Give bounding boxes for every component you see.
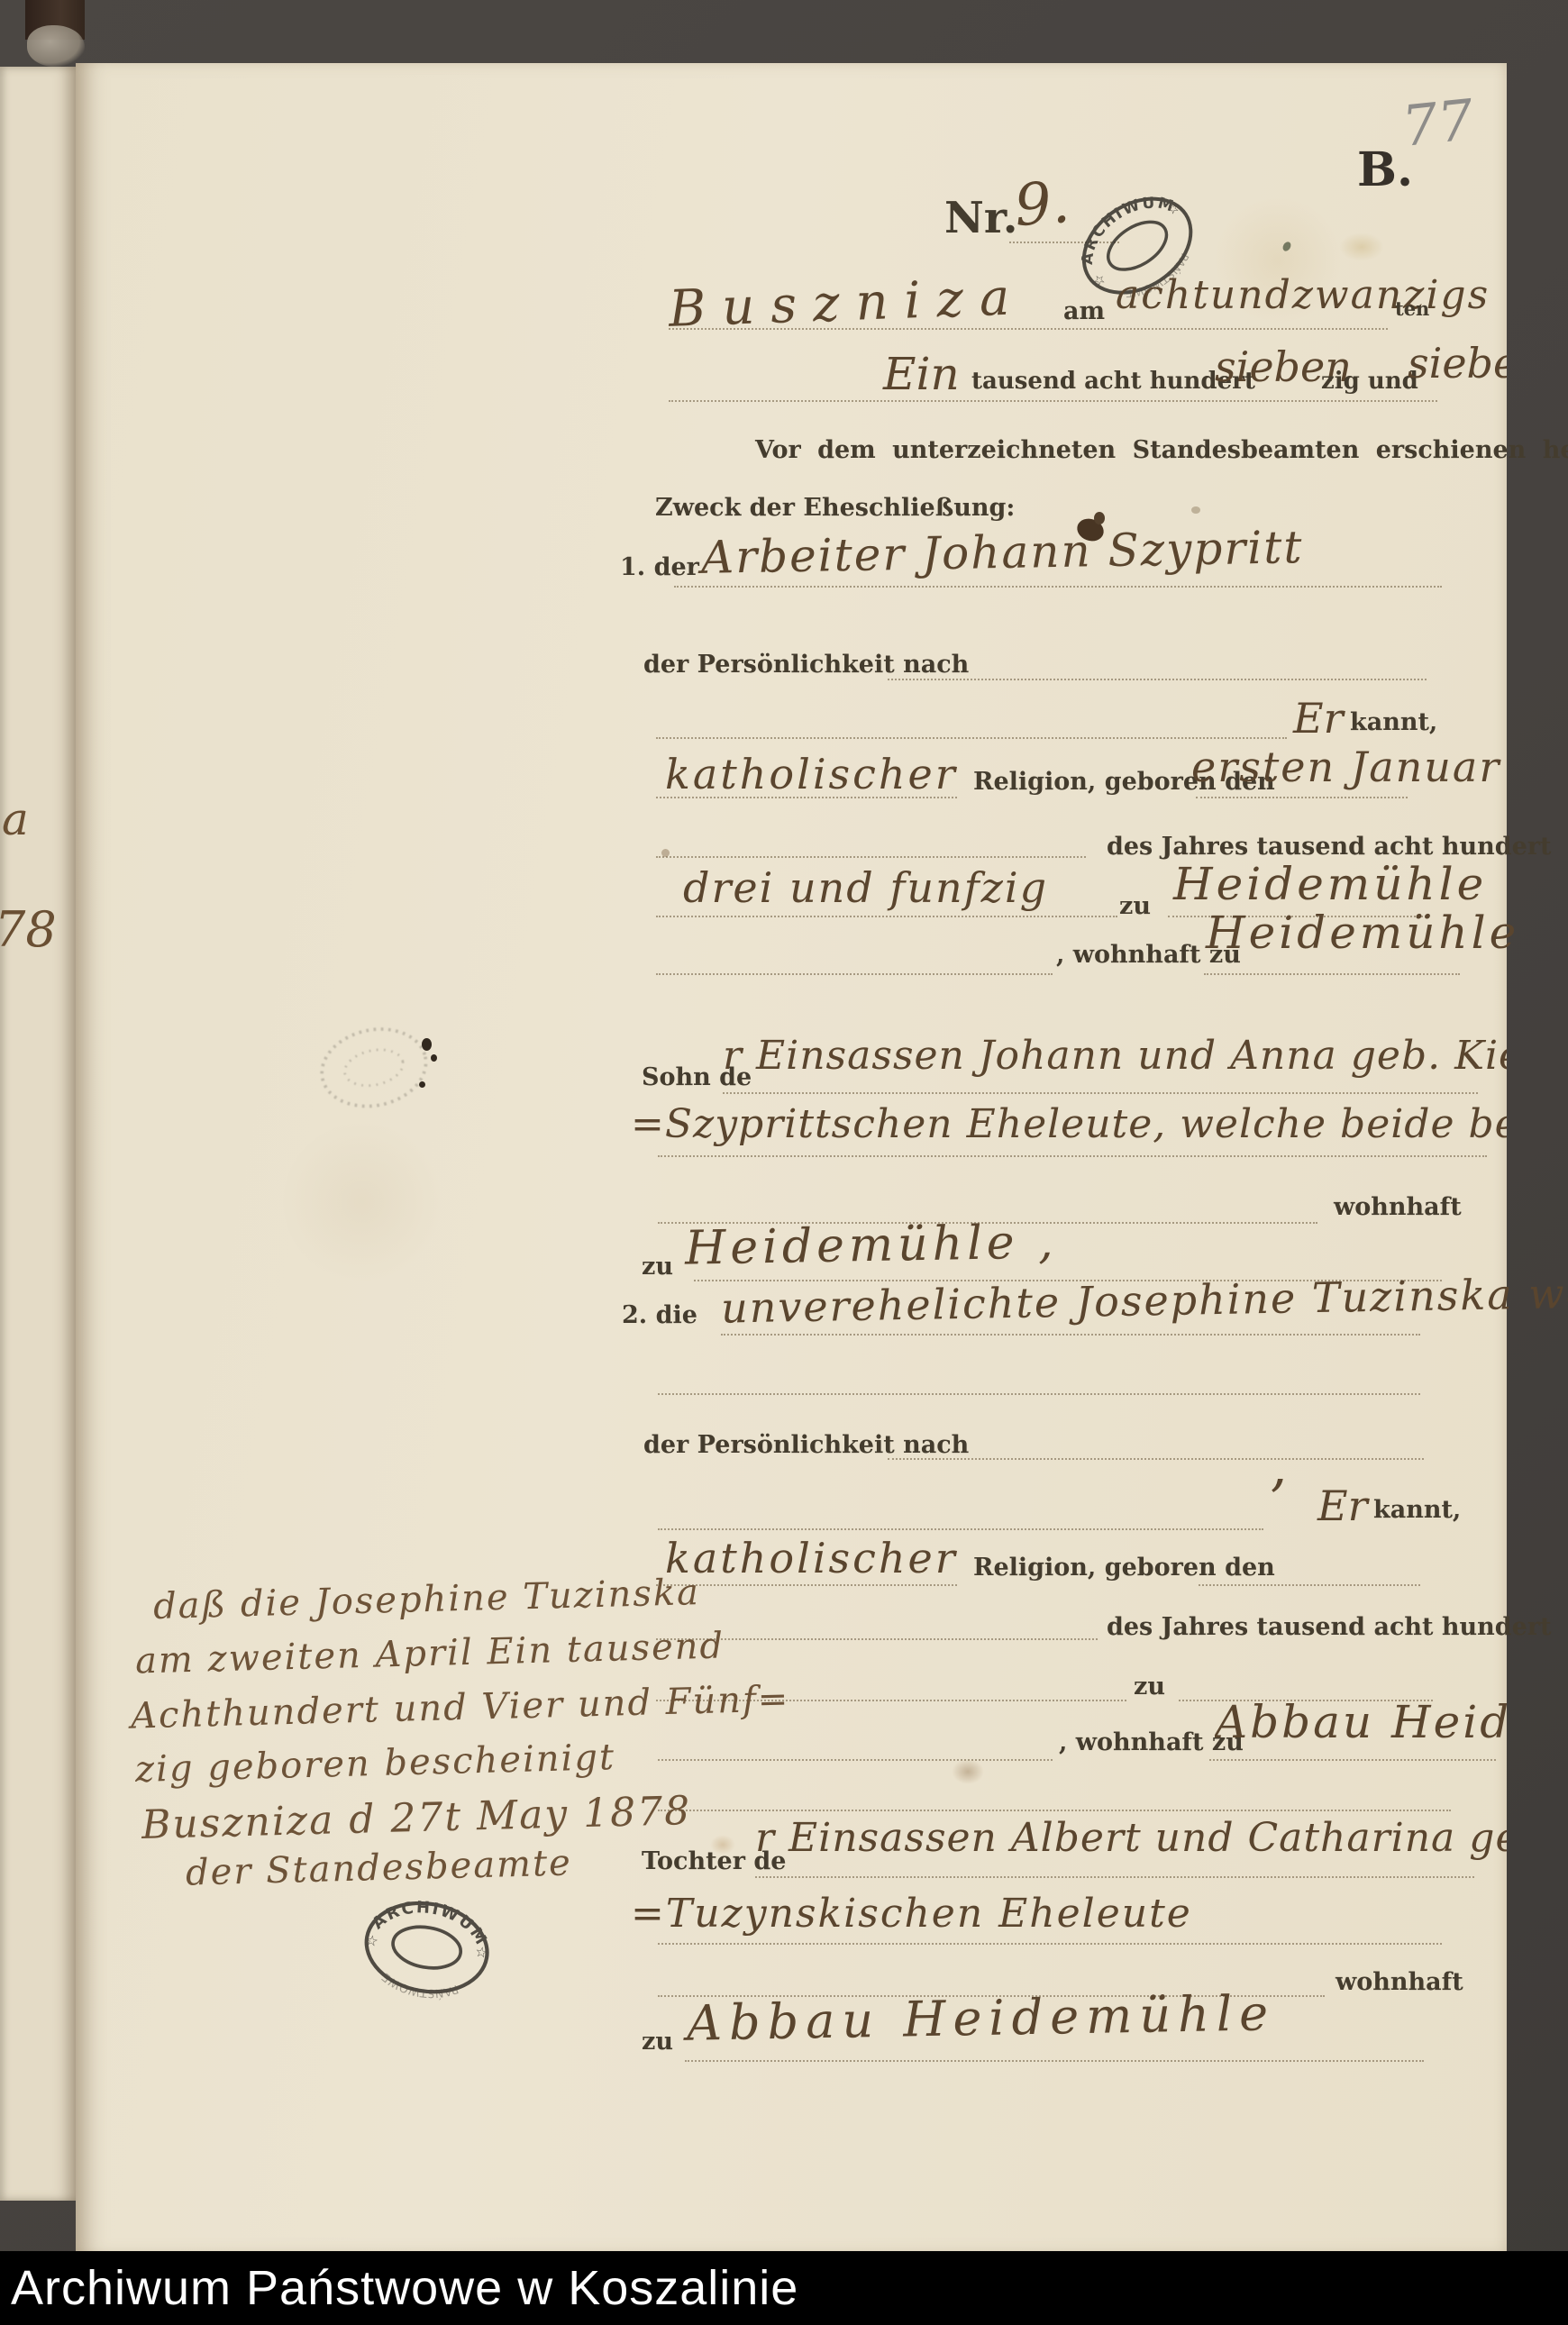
- printed-kannt: kannt,: [1373, 1496, 1461, 1524]
- handwritten-birthplace: Heidemühle: [1173, 858, 1487, 910]
- handwritten-ein: Ein: [883, 348, 960, 400]
- dotted-rule: [888, 1458, 1424, 1460]
- des-jahres-label: des Jahres tausend acht hundert: [1107, 833, 1552, 861]
- dotted-rule: [669, 328, 1388, 330]
- handwritten-year-ones-clip: sieben: [1408, 339, 1507, 402]
- printed-zig-und: zig und: [1321, 368, 1418, 395]
- stain: [710, 1835, 735, 1855]
- handwritten-bride-residence: Abbau Heidemüh: [1215, 1696, 1507, 1748]
- stamp-star-icon: ☆: [364, 1931, 379, 1950]
- handwritten-birthdate: ersten Januar: [1191, 743, 1500, 791]
- record-number-label: Nr.: [944, 193, 1017, 243]
- dotted-rule: [658, 1393, 1420, 1395]
- dotted-rule: [755, 1876, 1474, 1878]
- handwritten-groom-parents2: =Szyprittschen Eheleute, welche beide be…: [631, 1101, 1507, 1147]
- persoenlichkeit-label: der Persönlichkeit nach: [643, 651, 969, 679]
- handwritten-er: Er: [1317, 1482, 1368, 1530]
- dotted-rule: [658, 1155, 1487, 1157]
- stain: [1191, 506, 1200, 514]
- edge-fragment: a: [2, 793, 29, 845]
- handwritten-groom-parents1-clip: r Einsassen Johann und Anna geb. Kiedrow…: [723, 1033, 1507, 1099]
- handwritten-er: Er: [1293, 694, 1344, 743]
- edge-fragment: 78: [0, 901, 57, 958]
- zu-label: zu: [642, 2028, 673, 2056]
- handwritten-groom-parents2-clip: =Szyprittschen Eheleute, welche beide be…: [631, 1101, 1507, 1168]
- dotted-rule: [658, 1528, 1263, 1530]
- printed-label-am: am: [1063, 297, 1105, 325]
- dotted-rule: [656, 856, 1086, 858]
- dotted-rule: [669, 400, 1437, 402]
- dotted-rule: [656, 973, 1053, 975]
- dotted-rule: [658, 1810, 1451, 1811]
- zu-label: zu: [1134, 1673, 1165, 1700]
- dotted-rule: [656, 737, 1287, 739]
- previous-page-edge: [0, 67, 76, 2201]
- dotted-rule: [656, 797, 957, 798]
- handwritten-religion: katholischer: [665, 1534, 958, 1582]
- ink-speck: [431, 1054, 437, 1062]
- bride-number-label: 2. die: [622, 1301, 697, 1329]
- handwritten-year-ones: sieben: [1408, 339, 1507, 387]
- religion-geboren-label: Religion, geboren den: [973, 1554, 1275, 1582]
- zu-label: zu: [642, 1253, 673, 1281]
- dotted-rule: [1196, 797, 1408, 798]
- printed-kannt: kannt,: [1350, 708, 1437, 736]
- handwritten-groom-parents1: r Einsassen Johann und Anna geb. Kiedrow…: [723, 1033, 1507, 1079]
- footer-caption: Archiwum Państwowe w Koszalinie: [11, 2251, 798, 2325]
- printed-tausend: tausend acht hundert: [971, 368, 1255, 395]
- handwritten-residence: Heidemühle: [1206, 907, 1519, 959]
- des-jahres-label: des Jahres tausend acht hundert: [1107, 1613, 1552, 1641]
- spine-stitching: [27, 25, 85, 67]
- persoenlichkeit-label: der Persönlichkeit nach: [643, 1431, 969, 1459]
- handwritten-bride-parents1-clip: r Einsassen Albert und Catharina geb. Li…: [755, 1815, 1507, 1883]
- dotted-rule: [685, 2060, 1424, 2062]
- stamp-star-icon: ☆: [1089, 270, 1108, 290]
- dotted-rule: [1204, 973, 1460, 975]
- ink-speck: [422, 1038, 432, 1051]
- handwritten-religion: katholischer: [665, 750, 958, 798]
- section-letter: B.: [1357, 142, 1413, 197]
- handwritten-bride-residence-clip: Abbau Heidemüh: [1215, 1696, 1507, 1766]
- dotted-rule: [674, 586, 1442, 588]
- archive-caption-bar: Archiwum Państwowe w Koszalinie: [0, 2251, 1568, 2325]
- handwritten-bride-parents1: r Einsassen Albert und Catharina geb. Li…: [755, 1815, 1507, 1861]
- stain: [952, 1759, 984, 1784]
- handwritten-groom-name: Arbeiter Johann Szypritt: [701, 521, 1304, 584]
- document-scan: a 78 77 B. Nr. 9. ARCHIWUM PAŃSTWOWE ☆ ☆…: [0, 0, 1568, 2325]
- intro-line1: Vor dem unterzeichneten Standesbeamten e…: [755, 436, 1568, 464]
- dotted-rule: [888, 679, 1427, 680]
- handwritten-bride-parents2: =Tuzynskischen Eheleute: [631, 1891, 1192, 1937]
- groom-number-label: 1. der: [620, 553, 699, 581]
- stain: [661, 849, 670, 857]
- printed-suffix-ten: ten: [1395, 297, 1429, 320]
- dotted-rule: [1209, 1759, 1496, 1761]
- ink-blot: [1094, 512, 1105, 524]
- handwritten-parents-residence: Heidemühle ,: [685, 1215, 1059, 1275]
- dotted-rule: [723, 1092, 1478, 1094]
- zu-label: zu: [1119, 892, 1151, 920]
- handwritten-bride-parents-residence: Abbau Heidemühle: [687, 1984, 1276, 2051]
- handwritten-comma-mark: ’: [1269, 1469, 1286, 1532]
- stain: [1339, 232, 1384, 261]
- dotted-rule: [656, 916, 1117, 917]
- dotted-rule: [721, 1334, 1420, 1336]
- dotted-rule: [656, 1584, 957, 1586]
- wohnhaft-label: wohnhaft: [1336, 1968, 1463, 1996]
- wohnhaft-label: wohnhaft: [1334, 1193, 1462, 1221]
- intro-line2: Zweck der Eheschließung:: [655, 494, 1015, 522]
- dotted-rule: [1199, 1584, 1420, 1586]
- dotted-rule: [658, 1943, 1442, 1945]
- handwritten-day: achtundzwanzigs: [1116, 272, 1490, 318]
- dotted-rule: [658, 1759, 1053, 1761]
- handwritten-birthyear: drei und funfzig: [683, 863, 1048, 912]
- ink-speck: [419, 1081, 425, 1088]
